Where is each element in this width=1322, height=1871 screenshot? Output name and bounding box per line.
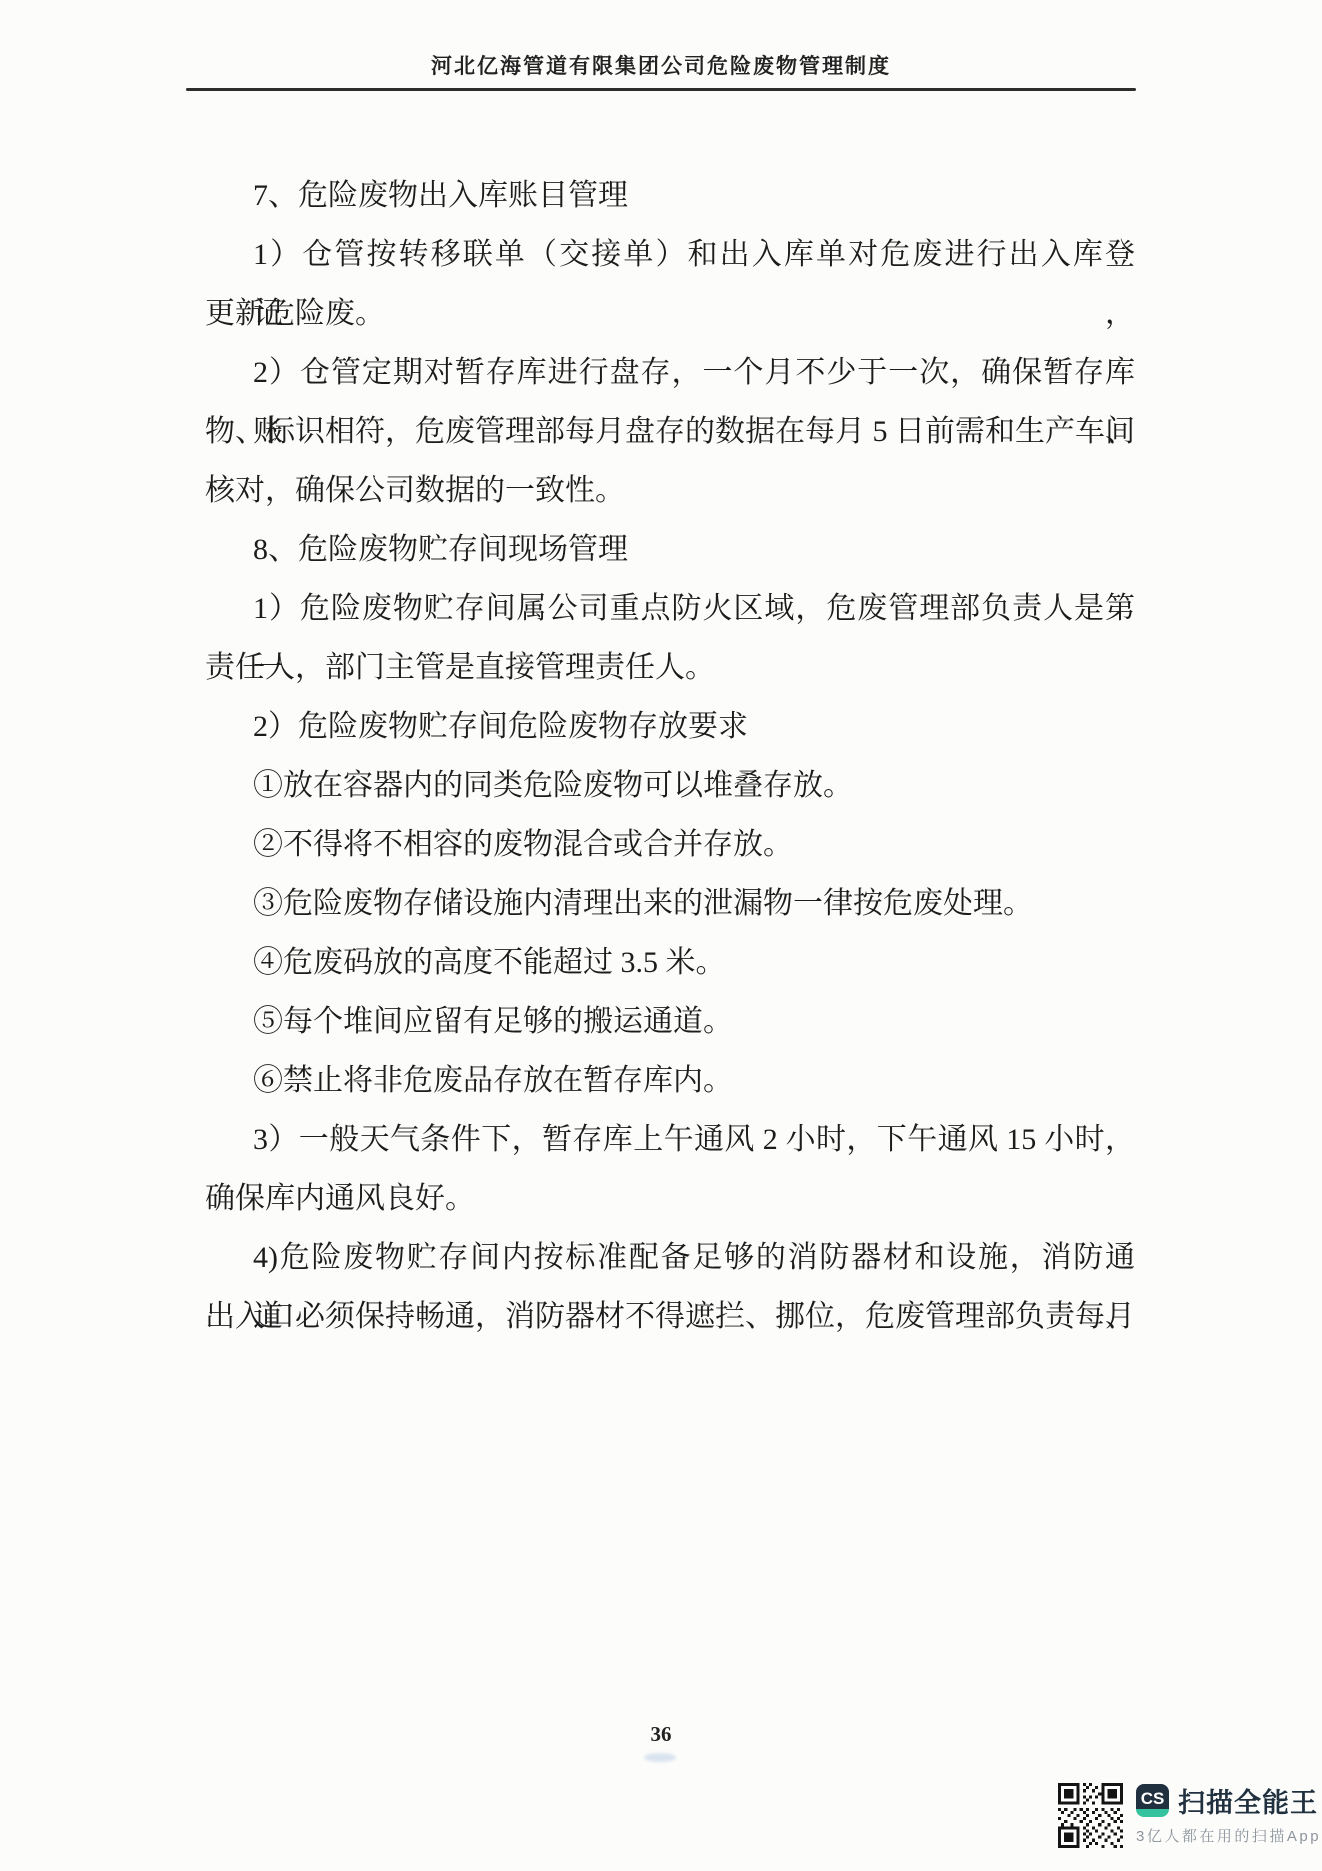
camscanner-app-name: 扫描全能王 (1178, 1781, 1318, 1820)
scan-smudge (644, 1753, 676, 1762)
document-line: 3）一般天气条件下，暂存库上午通风 2 小时，下午通风 15 小时， (205, 1110, 1135, 1169)
document-line: 物、标识相符，危废管理部每月盘存的数据在每月 5 日前需和生产车间 (205, 402, 1135, 461)
document-line: 1）仓管按转移联单（交接单）和出入库单对危废进行出入库登记， (205, 225, 1135, 284)
document-line: 1）危险废物贮存间属公司重点防火区域，危废管理部负责人是第一 (205, 579, 1135, 638)
document-line: ①放在容器内的同类危险废物可以堆叠存放。 (205, 756, 1135, 815)
document-line: ⑤每个堆间应留有足够的搬运通道。 (205, 992, 1135, 1051)
document-line: 责任人，部门主管是直接管理责任人。 (205, 638, 1135, 697)
document-line: 7、危险废物出入库账目管理 (205, 166, 1135, 225)
document-line: ②不得将不相容的废物混合或合并存放。 (205, 815, 1135, 874)
qr-code-icon (1058, 1783, 1123, 1848)
camscanner-watermark: CS 扫描全能王 3亿人都在用的扫描App (1058, 1783, 1321, 1848)
document-line: 出入口必须保持畅通，消防器材不得遮拦、挪位，危废管理部负责每月 (205, 1287, 1135, 1346)
camscanner-logo-icon: CS (1136, 1784, 1169, 1817)
scanned-document-page: 河北亿海管道有限集团公司危险废物管理制度 7、危险废物出入库账目管理 1）仓管按… (0, 0, 1322, 1871)
page-number: 36 (0, 1722, 1322, 1747)
document-line: ⑥禁止将非危废品存放在暂存库内。 (205, 1051, 1135, 1110)
document-line: ③危险废物存储设施内清理出来的泄漏物一律按危废处理。 (205, 874, 1135, 933)
document-line: ④危废码放的高度不能超过 3.5 米。 (205, 933, 1135, 992)
document-line: 8、危险废物贮存间现场管理 (205, 520, 1135, 579)
header-rule-line (186, 88, 1136, 91)
header-title: 河北亿海管道有限集团公司危险废物管理制度 (0, 50, 1322, 80)
document-line: 4)危险废物贮存间内按标准配备足够的消防器材和设施，消防通道、 (205, 1228, 1135, 1287)
document-line: 2）仓管定期对暂存库进行盘存，一个月不少于一次，确保暂存库账、 (205, 343, 1135, 402)
document-line: 确保库内通风良好。 (205, 1169, 1135, 1228)
camscanner-tagline: 3亿人都在用的扫描App (1136, 1825, 1321, 1846)
document-body: 7、危险废物出入库账目管理 1）仓管按转移联单（交接单）和出入库单对危废进行出入… (205, 166, 1135, 1346)
document-line: 2）危险废物贮存间危险废物存放要求 (205, 697, 1135, 756)
document-line: 核对，确保公司数据的一致性。 (205, 461, 1135, 520)
